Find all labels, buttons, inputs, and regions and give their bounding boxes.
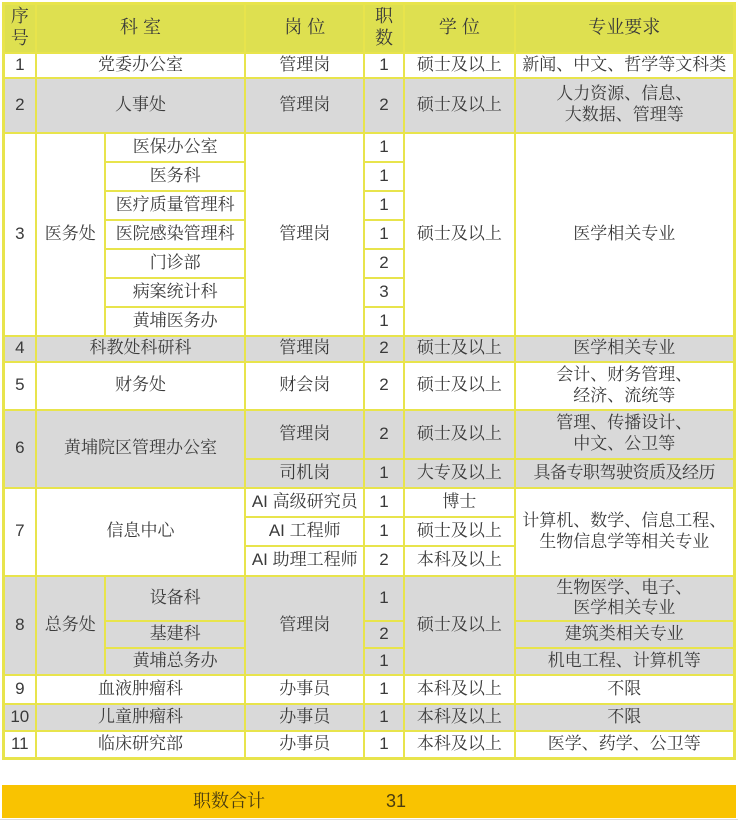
header-col-post: 岗 位 bbox=[245, 4, 363, 53]
dept-main-cell: 总务处 bbox=[36, 576, 105, 675]
dept-cell: 科教处科研科 bbox=[36, 336, 246, 362]
req-cell: 医学相关专业 bbox=[515, 336, 735, 362]
no-cell: 5 bbox=[4, 362, 36, 410]
degree-cell: 硕士及以上 bbox=[404, 576, 514, 675]
table-row: 4 科教处科研科 管理岗 2 硕士及以上 医学相关专业 bbox=[4, 336, 735, 362]
no-cell: 4 bbox=[4, 336, 36, 362]
post-cell: AI 高级研究员 bbox=[245, 488, 363, 517]
degree-cell: 硕士及以上 bbox=[404, 410, 514, 459]
post-cell: 办事员 bbox=[245, 704, 363, 731]
degree-cell: 博士 bbox=[404, 488, 514, 517]
count-cell: 2 bbox=[364, 546, 404, 576]
recruitment-table: 序 号 科 室 岗 位 职 数 学 位 专业要求 1 党委办公室 管理岗 1 硕… bbox=[2, 2, 736, 760]
table-row: 7 信息中心 AI 高级研究员 1 博士 计算机、数学、信息工程、 生物信息学等… bbox=[4, 488, 735, 517]
header-col-req: 专业要求 bbox=[515, 4, 735, 53]
dept-main-cell: 医务处 bbox=[36, 133, 105, 336]
total-bar: 职数合计 31 bbox=[2, 785, 736, 818]
count-cell: 1 bbox=[364, 517, 404, 546]
table-row: 黄埔总务办 1 机电工程、计算机等 bbox=[4, 648, 735, 675]
subdept-cell: 黄埔医务办 bbox=[105, 307, 246, 336]
no-cell: 6 bbox=[4, 410, 36, 488]
post-cell: 财会岗 bbox=[245, 362, 363, 410]
post-cell: 管理岗 bbox=[245, 78, 363, 133]
subdept-cell: 门诊部 bbox=[105, 249, 246, 278]
req-cell: 医学、药学、公卫等 bbox=[515, 731, 735, 759]
no-cell: 3 bbox=[4, 133, 36, 336]
table-row: 11 临床研究部 办事员 1 本科及以上 医学、药学、公卫等 bbox=[4, 731, 735, 759]
count-cell: 1 bbox=[364, 220, 404, 249]
degree-cell: 本科及以上 bbox=[404, 704, 514, 731]
table-row: 3 医务处 医保办公室 管理岗 1 硕士及以上 医学相关专业 bbox=[4, 133, 735, 162]
no-cell: 1 bbox=[4, 53, 36, 78]
req-cell: 生物医学、电子、 医学相关专业 bbox=[515, 576, 735, 621]
post-cell: 司机岗 bbox=[245, 459, 363, 488]
count-cell: 1 bbox=[364, 459, 404, 488]
no-cell: 7 bbox=[4, 488, 36, 576]
bottom-divider bbox=[0, 819, 738, 820]
degree-cell: 本科及以上 bbox=[404, 731, 514, 759]
header-col-dept: 科 室 bbox=[36, 4, 246, 53]
subdept-cell: 黄埔总务办 bbox=[105, 648, 246, 675]
no-cell: 9 bbox=[4, 675, 36, 704]
degree-cell: 硕士及以上 bbox=[404, 336, 514, 362]
table-row: 10 儿童肿瘤科 办事员 1 本科及以上 不限 bbox=[4, 704, 735, 731]
count-cell: 1 bbox=[364, 488, 404, 517]
subdept-cell: 设备科 bbox=[105, 576, 246, 621]
post-cell: AI 工程师 bbox=[245, 517, 363, 546]
table-row: 1 党委办公室 管理岗 1 硕士及以上 新闻、中文、哲学等文科类 bbox=[4, 53, 735, 78]
subdept-cell: 医院感染管理科 bbox=[105, 220, 246, 249]
count-cell: 2 bbox=[364, 410, 404, 459]
req-cell: 管理、传播设计、 中文、公卫等 bbox=[515, 410, 735, 459]
req-cell: 计算机、数学、信息工程、 生物信息学等相关专业 bbox=[515, 488, 735, 576]
post-cell: 管理岗 bbox=[245, 133, 363, 336]
count-cell: 1 bbox=[364, 576, 404, 621]
count-cell: 1 bbox=[364, 731, 404, 759]
header-col-degree: 学 位 bbox=[404, 4, 514, 53]
header-col-count: 职 数 bbox=[364, 4, 404, 53]
count-cell: 2 bbox=[364, 621, 404, 648]
dept-cell: 党委办公室 bbox=[36, 53, 246, 78]
count-cell: 1 bbox=[364, 191, 404, 220]
no-cell: 8 bbox=[4, 576, 36, 675]
count-cell: 3 bbox=[364, 278, 404, 307]
degree-cell: 硕士及以上 bbox=[404, 362, 514, 410]
count-cell: 2 bbox=[364, 249, 404, 278]
subdept-cell: 医务科 bbox=[105, 162, 246, 191]
dept-cell: 黄埔院区管理办公室 bbox=[36, 410, 246, 488]
count-cell: 1 bbox=[364, 307, 404, 336]
degree-cell: 本科及以上 bbox=[404, 675, 514, 704]
count-cell: 2 bbox=[364, 78, 404, 133]
count-cell: 1 bbox=[364, 704, 404, 731]
degree-cell: 硕士及以上 bbox=[404, 78, 514, 133]
table-row: 2 人事处 管理岗 2 硕士及以上 人力资源、信息、 大数据、管理等 bbox=[4, 78, 735, 133]
req-cell: 新闻、中文、哲学等文科类 bbox=[515, 53, 735, 78]
count-cell: 1 bbox=[364, 648, 404, 675]
total-value: 31 bbox=[374, 785, 418, 818]
total-label: 职数合计 bbox=[129, 785, 329, 818]
count-cell: 1 bbox=[364, 162, 404, 191]
req-cell: 人力资源、信息、 大数据、管理等 bbox=[515, 78, 735, 133]
req-cell: 会计、财务管理、 经济、流统等 bbox=[515, 362, 735, 410]
subdept-cell: 病案统计科 bbox=[105, 278, 246, 307]
req-cell: 不限 bbox=[515, 704, 735, 731]
count-cell: 1 bbox=[364, 133, 404, 162]
degree-cell: 硕士及以上 bbox=[404, 517, 514, 546]
dept-cell: 人事处 bbox=[36, 78, 246, 133]
count-cell: 2 bbox=[364, 362, 404, 410]
post-cell: 管理岗 bbox=[245, 53, 363, 78]
no-cell: 2 bbox=[4, 78, 36, 133]
post-cell: 管理岗 bbox=[245, 410, 363, 459]
table-row: 基建科 2 建筑类相关专业 bbox=[4, 621, 735, 648]
no-cell: 10 bbox=[4, 704, 36, 731]
header-col-no: 序 号 bbox=[4, 4, 36, 53]
no-cell: 11 bbox=[4, 731, 36, 759]
req-cell: 不限 bbox=[515, 675, 735, 704]
post-cell: 办事员 bbox=[245, 731, 363, 759]
post-cell: AI 助理工程师 bbox=[245, 546, 363, 576]
table-row: 8 总务处 设备科 管理岗 1 硕士及以上 生物医学、电子、 医学相关专业 bbox=[4, 576, 735, 621]
dept-cell: 临床研究部 bbox=[36, 731, 246, 759]
post-cell: 办事员 bbox=[245, 675, 363, 704]
post-cell: 管理岗 bbox=[245, 336, 363, 362]
count-cell: 2 bbox=[364, 336, 404, 362]
subdept-cell: 基建科 bbox=[105, 621, 246, 648]
recruitment-table-container: 序 号 科 室 岗 位 职 数 学 位 专业要求 1 党委办公室 管理岗 1 硕… bbox=[2, 2, 736, 760]
count-cell: 1 bbox=[364, 675, 404, 704]
req-cell: 具备专职驾驶资质及经历 bbox=[515, 459, 735, 488]
subdept-cell: 医疗质量管理科 bbox=[105, 191, 246, 220]
degree-cell: 硕士及以上 bbox=[404, 133, 514, 336]
dept-cell: 血液肿瘤科 bbox=[36, 675, 246, 704]
table-row: 5 财务处 财会岗 2 硕士及以上 会计、财务管理、 经济、流统等 bbox=[4, 362, 735, 410]
degree-cell: 硕士及以上 bbox=[404, 53, 514, 78]
table-row: 6 黄埔院区管理办公室 管理岗 2 硕士及以上 管理、传播设计、 中文、公卫等 bbox=[4, 410, 735, 459]
dept-cell: 财务处 bbox=[36, 362, 246, 410]
degree-cell: 大专及以上 bbox=[404, 459, 514, 488]
req-cell: 建筑类相关专业 bbox=[515, 621, 735, 648]
dept-cell: 信息中心 bbox=[36, 488, 246, 576]
req-cell: 机电工程、计算机等 bbox=[515, 648, 735, 675]
req-cell: 医学相关专业 bbox=[515, 133, 735, 336]
degree-cell: 本科及以上 bbox=[404, 546, 514, 576]
count-cell: 1 bbox=[364, 53, 404, 78]
post-cell: 管理岗 bbox=[245, 576, 363, 675]
dept-cell: 儿童肿瘤科 bbox=[36, 704, 246, 731]
subdept-cell: 医保办公室 bbox=[105, 133, 246, 162]
table-row: 9 血液肿瘤科 办事员 1 本科及以上 不限 bbox=[4, 675, 735, 704]
